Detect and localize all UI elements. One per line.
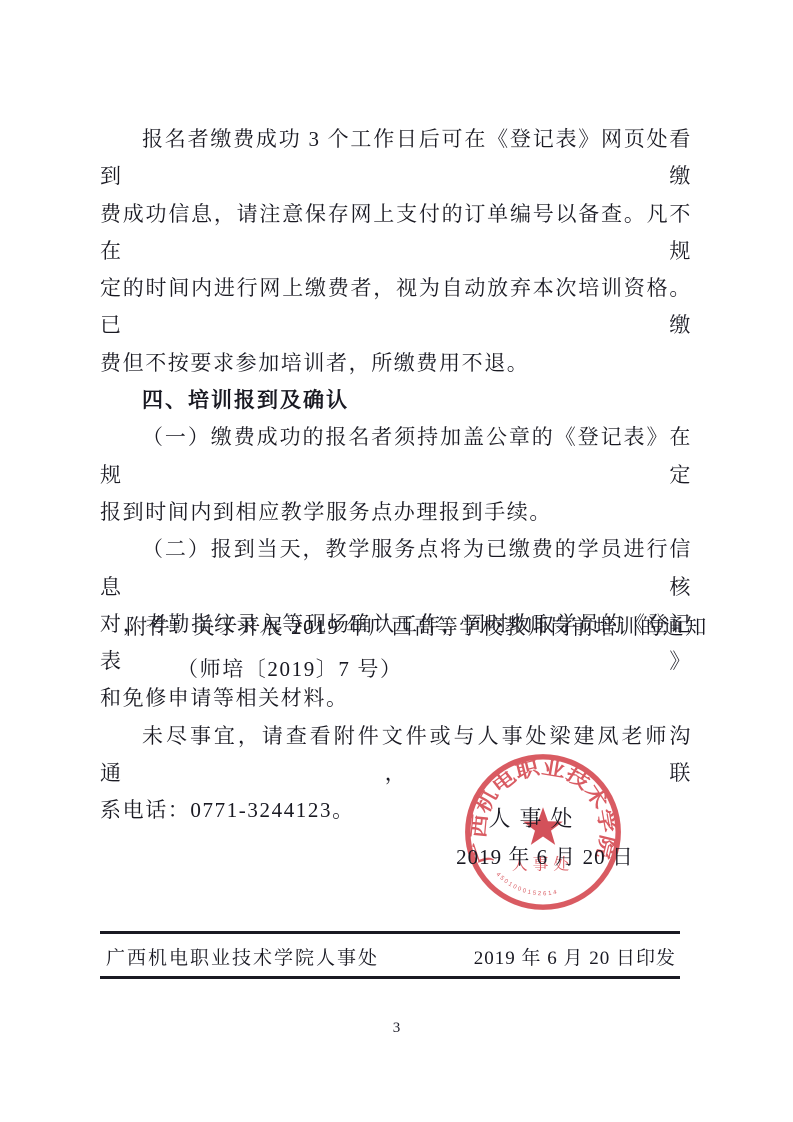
body-line: 报到时间内到相应教学服务点办理报到手续。: [100, 494, 692, 531]
attachment-line-2: （师培〔2019〕7 号）: [100, 648, 692, 690]
footer: 广西机电职业技术学院人事处 2019 年 6 月 20 日印发: [100, 938, 680, 974]
signature-department: 人事处: [435, 802, 635, 833]
body-line: （二）报到当天，教学服务点将为已缴费的学员进行信息核: [100, 531, 692, 606]
body-line: 费但不按要求参加培训者，所缴费用不退。: [100, 345, 692, 382]
footer-issuer: 广西机电职业技术学院人事处: [100, 943, 379, 970]
body-line: 费成功信息，请注意保存网上支付的订单编号以备查。凡不在规: [100, 196, 692, 271]
page-number: 3: [0, 1020, 793, 1037]
section-heading: 四、培训报到及确认: [100, 382, 692, 419]
body-line: 定的时间内进行网上缴费者，视为自动放弃本次培训资格。已缴: [100, 270, 692, 345]
body-line: （一）缴费成功的报名者须持加盖公章的《登记表》在规定: [100, 419, 692, 494]
signature-date: 2019 年 6 月 20 日: [420, 841, 670, 871]
attachment-block: 附件：关于开展 2019 年广西高等学校教师岗前培训的通知 （师培〔2019〕7…: [100, 606, 692, 690]
document-page: 报名者缴费成功 3 个工作日后可在《登记表》网页处看到缴 费成功信息，请注意保存…: [0, 0, 793, 1122]
document-body: 报名者缴费成功 3 个工作日后可在《登记表》网页处看到缴 费成功信息，请注意保存…: [100, 121, 692, 830]
footer-rule-top: [100, 931, 680, 934]
attachment-line-1: 附件：关于开展 2019 年广西高等学校教师岗前培训的通知: [100, 606, 692, 648]
footer-print-date: 2019 年 6 月 20 日印发: [474, 943, 680, 970]
body-line: 报名者缴费成功 3 个工作日后可在《登记表》网页处看到缴: [100, 121, 692, 196]
footer-rule-bottom: [100, 976, 680, 979]
